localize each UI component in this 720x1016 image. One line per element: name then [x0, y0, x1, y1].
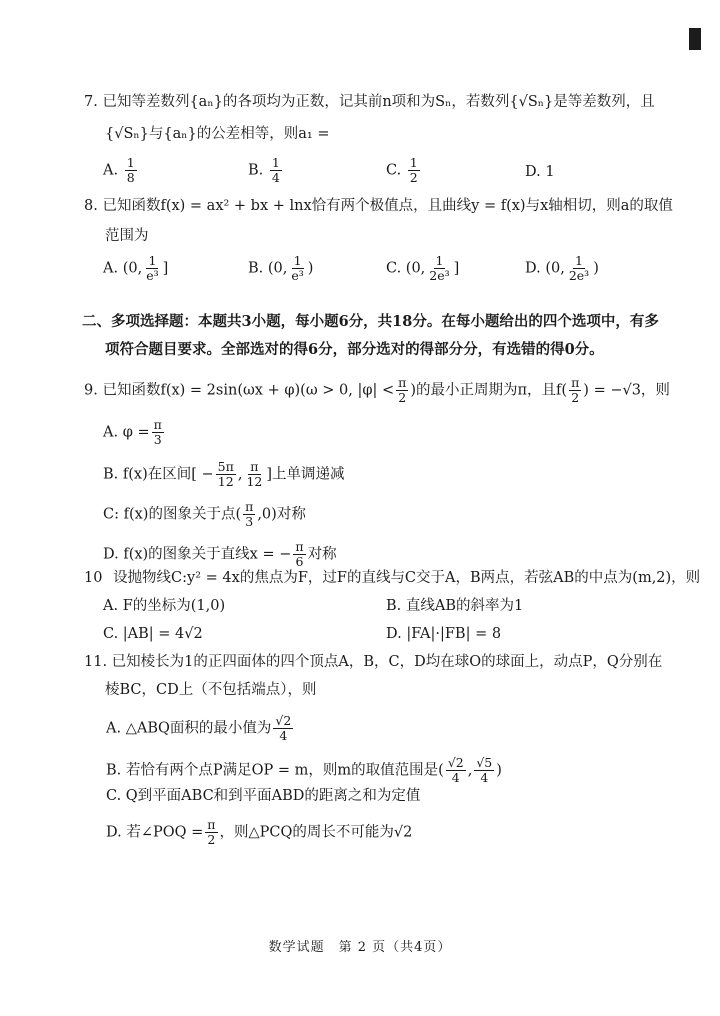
fraction: π6	[293, 540, 305, 569]
option-label: D.	[386, 626, 402, 642]
option-text-tail: )	[496, 763, 502, 779]
q7-option-a: A. 18	[103, 156, 139, 185]
option-text: f(x)在区间[ −	[123, 467, 214, 483]
option-label: B.	[386, 598, 401, 614]
denominator: e³	[289, 269, 305, 283]
fraction: 18	[125, 156, 137, 185]
q11-number: 11.	[84, 654, 107, 670]
denominator: 2e³	[567, 269, 591, 283]
q7-text-1: 已知等差数列{aₙ}的各项均为正数，记其前n项和为Sₙ，若数列{√Sₙ}是等差数…	[102, 94, 654, 110]
q10-option-b: B. 直线AB的斜率为1	[386, 596, 523, 616]
denominator: 3	[152, 433, 164, 447]
numerator: 5π	[216, 460, 236, 475]
option-label: A.	[103, 261, 118, 277]
numerator: π	[248, 460, 260, 475]
option-label: A.	[103, 598, 118, 614]
option-text-tail: 对称	[308, 547, 337, 563]
option-text: f(x)的图象关于点(	[124, 507, 242, 523]
option-label: B.	[106, 763, 121, 779]
option-label: C:	[103, 507, 119, 523]
q7-option-d: D. 1	[525, 162, 555, 182]
numerator: 1	[292, 254, 304, 269]
fraction: 12	[408, 156, 420, 185]
option-label: B.	[248, 261, 263, 277]
interval-close: )	[593, 261, 599, 277]
fraction: π3	[243, 500, 255, 529]
q8-number: 8.	[84, 198, 98, 214]
interval-close: ]	[163, 261, 169, 277]
q10-option-c: C. |AB| = 4√2	[103, 624, 203, 644]
q9-number: 9.	[84, 383, 98, 399]
interval-close: )	[308, 261, 314, 277]
q9-stem-part-a: 已知函数f(x) = 2sin(ωx + φ)(ω > 0, |φ| <	[102, 383, 394, 399]
q8-text-1: 已知函数f(x) = ax² + bx + lnx恰有两个极值点，且曲线y = …	[102, 198, 672, 214]
denominator: 3	[243, 515, 255, 529]
option-label: D.	[525, 164, 541, 180]
option-label: B.	[103, 467, 118, 483]
q9-option-d: D. f(x)的图象关于直线x = −π6对称	[103, 540, 337, 569]
denominator: 12	[244, 475, 264, 489]
option-label: C.	[386, 163, 401, 179]
q9-option-b: B. f(x)在区间[ −5π12,π12]上单调递减	[103, 460, 345, 489]
fraction: 1e³	[289, 254, 305, 283]
fraction: π2	[205, 818, 217, 847]
numerator: √2	[446, 756, 466, 771]
option-text-tail: ，则△PCQ的周长不可能为√2	[220, 825, 413, 841]
interval-open: (0,	[545, 261, 565, 277]
q11-option-d: D. 若∠POQ =π2，则△PCQ的周长不可能为√2	[106, 818, 412, 847]
numerator: √2	[273, 714, 293, 729]
q10-option-a: A. F的坐标为(1,0)	[103, 596, 225, 616]
option-text: φ =	[123, 425, 150, 441]
q11-option-b: B. 若恰有两个点P满足OP = m，则m的取值范围是(√24,√54)	[106, 756, 502, 785]
option-label: D.	[525, 261, 541, 277]
numerator: π	[205, 818, 217, 833]
scan-corner-mark	[689, 28, 701, 50]
page-footer: 数学试题 第 2 页（共4页）	[0, 936, 720, 955]
option-label: D.	[103, 547, 119, 563]
option-text: f(x)的图象关于直线x = −	[123, 547, 291, 563]
q9-option-a: A. φ =π3	[103, 418, 166, 447]
denominator: 6	[294, 555, 306, 569]
fraction: 1e³	[144, 254, 160, 283]
q11-option-a: A. △ABQ面积的最小值为√24	[106, 714, 295, 743]
q11-option-c: C. Q到平面ABC和到平面ABD的距离之和为定值	[106, 786, 420, 806]
numerator: π	[152, 418, 164, 433]
fraction: 12e³	[567, 254, 591, 283]
q10-stem: 10 设抛物线C:y² = 4x的焦点为F，过F的直线与C交于A，B两点，若弦A…	[84, 568, 700, 588]
fraction: π2	[396, 376, 408, 405]
option-text-tail: ,0)对称	[257, 507, 306, 523]
fraction: 14	[270, 156, 282, 185]
denominator: 2	[408, 171, 420, 185]
numerator: 1	[434, 254, 446, 269]
numerator: 1	[573, 254, 585, 269]
numerator: π	[396, 376, 408, 391]
option-text: 直线AB的斜率为1	[406, 598, 523, 614]
q10-option-d: D. |FA|·|FB| = 8	[386, 624, 501, 644]
denominator: 2	[205, 833, 217, 847]
q9-stem-part-b: )的最小正周期为π，且f(	[410, 383, 567, 399]
numerator: π	[293, 540, 305, 555]
option-label: A.	[103, 425, 118, 441]
q10-stem-text: 设抛物线C:y² = 4x的焦点为F，过F的直线与C交于A，B两点，若弦AB的中…	[113, 570, 700, 586]
option-text: 若∠POQ =	[126, 825, 203, 841]
q11-text-1: 已知棱长为1的正四面体的四个顶点A，B，C，D均在球O的球面上，动点P，Q分别在	[112, 654, 663, 670]
denominator: 2	[396, 391, 408, 405]
section2-heading-line2: 项符合题目要求。全部选对的得6分，部分选对的得部分分，有选错的得0分。	[105, 340, 604, 360]
denominator: 4	[277, 729, 289, 743]
interval-open: (0,	[268, 261, 288, 277]
numerator: 1	[146, 254, 158, 269]
option-label: C.	[386, 261, 401, 277]
option-text: Q到平面ABC和到平面ABD的距离之和为定值	[126, 788, 421, 804]
interval-open: (0,	[123, 261, 143, 277]
option-text: |FA|·|FB| = 8	[406, 626, 501, 642]
option-text: 1	[545, 164, 554, 180]
denominator: 2e³	[427, 269, 451, 283]
q9-stem-part-c: ) = −√3，则	[583, 383, 670, 399]
q10-number: 10	[84, 570, 102, 586]
numerator: √5	[474, 756, 494, 771]
option-text: F的坐标为(1,0)	[123, 598, 225, 614]
denominator: 2	[569, 391, 581, 405]
q8-stem-line2: 范围为	[105, 226, 149, 246]
section2-heading-line1: 二、多项选择题：本题共3小题，每小题6分，共18分。在每小题给出的四个选项中，有…	[82, 312, 659, 332]
option-label: A.	[103, 163, 118, 179]
q11-stem-line2: 棱BC，CD上（不包括端点），则	[105, 680, 317, 700]
denominator: 12	[216, 475, 236, 489]
fraction: π12	[244, 460, 264, 489]
denominator: 4	[450, 771, 462, 785]
separator: ,	[238, 467, 243, 483]
numerator: 1	[408, 156, 420, 171]
option-text: 若恰有两个点P满足OP = m，则m的取值范围是(	[126, 763, 444, 779]
fraction: √54	[474, 756, 494, 785]
numerator: 1	[125, 156, 137, 171]
q9-stem: 9. 已知函数f(x) = 2sin(ωx + φ)(ω > 0, |φ| <π…	[84, 376, 670, 405]
q8-option-b: B. (0,1e³)	[248, 254, 313, 283]
q8-option-a: A. (0,1e³]	[103, 254, 168, 283]
denominator: e³	[144, 269, 160, 283]
q7-number: 7.	[84, 94, 98, 110]
q7-stem-line1: 7. 已知等差数列{aₙ}的各项均为正数，记其前n项和为Sₙ，若数列{√Sₙ}是…	[84, 92, 655, 112]
q8-option-d: D. (0,12e³)	[525, 254, 599, 283]
q7-stem-line2: {√Sₙ}与{aₙ}的公差相等，则a₁ =	[105, 124, 329, 144]
interval-close: ]	[454, 261, 460, 277]
denominator: 4	[270, 171, 282, 185]
option-label: C.	[103, 626, 118, 642]
option-text-tail: ]上单调递减	[266, 467, 344, 483]
q8-stem-line1: 8. 已知函数f(x) = ax² + bx + lnx恰有两个极值点，且曲线y…	[84, 196, 673, 216]
fraction: √24	[273, 714, 293, 743]
interval-open: (0,	[406, 261, 426, 277]
q9-option-c: C: f(x)的图象关于点(π3,0)对称	[103, 500, 306, 529]
fraction: 5π12	[216, 460, 236, 489]
option-text: △ABQ面积的最小值为	[126, 721, 272, 737]
fraction: π2	[569, 376, 581, 405]
denominator: 8	[125, 171, 137, 185]
q11-stem-line1: 11. 已知棱长为1的正四面体的四个顶点A，B，C，D均在球O的球面上，动点P，…	[84, 652, 662, 672]
q7-option-c: C. 12	[386, 156, 422, 185]
option-label: A.	[106, 721, 121, 737]
fraction: √24	[446, 756, 466, 785]
option-label: C.	[106, 788, 121, 804]
q7-option-b: B. 14	[248, 156, 284, 185]
denominator: 4	[478, 771, 490, 785]
fraction: 12e³	[427, 254, 451, 283]
numerator: π	[569, 376, 581, 391]
option-label: B.	[248, 163, 263, 179]
q8-option-c: C. (0,12e³]	[386, 254, 459, 283]
fraction: π3	[152, 418, 164, 447]
option-label: D.	[106, 825, 122, 841]
option-text: |AB| = 4√2	[123, 626, 203, 642]
numerator: π	[243, 500, 255, 515]
numerator: 1	[270, 156, 282, 171]
